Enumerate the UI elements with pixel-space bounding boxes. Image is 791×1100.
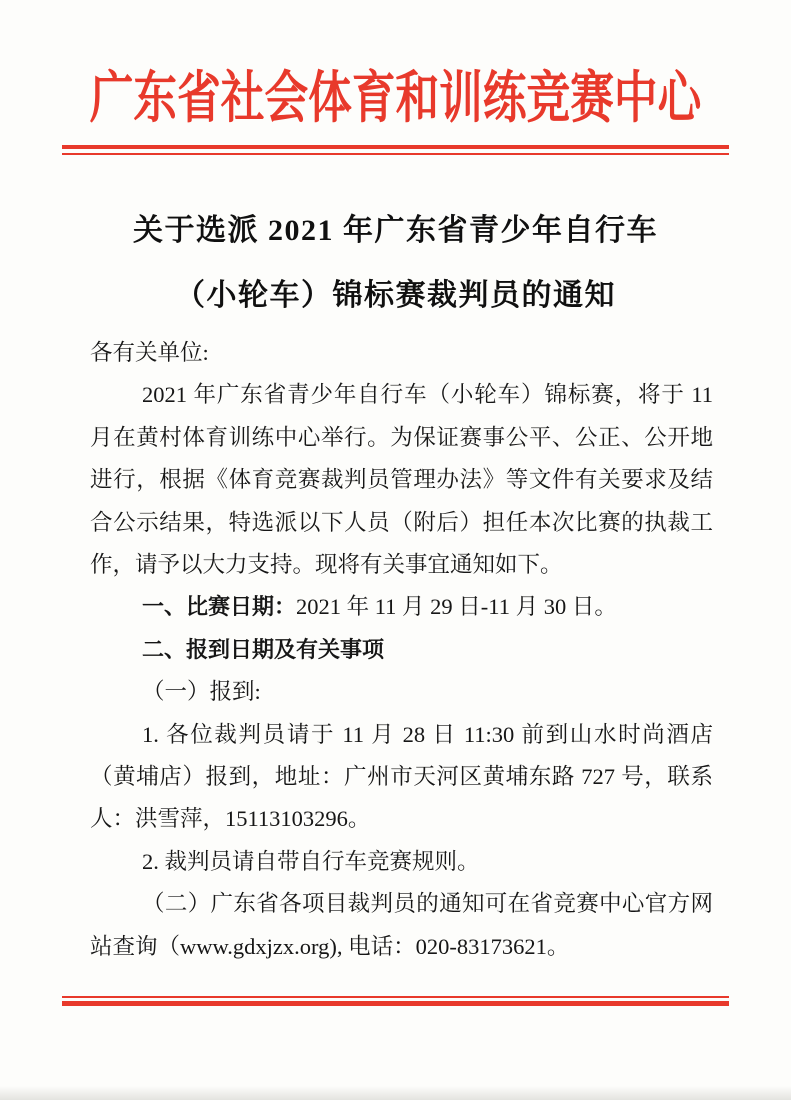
footer-double-rule xyxy=(62,996,729,1006)
body-text: （一）报到: xyxy=(142,679,261,704)
body-text: （黄埔店）报到，地址：广州市天河区黄埔东路 727 号，联系 xyxy=(90,764,713,789)
body-line: 进行，根据《体育竞赛裁判员管理办法》等文件有关要求及结 xyxy=(90,459,713,501)
body-text: 1. 各位裁判员请于 11 月 28 日 11:30 前到山水时尚酒店 xyxy=(142,722,713,747)
body-text: 作，请予以大力支持。现将有关事宜通知如下。 xyxy=(90,552,563,577)
body-line: 二、报到日期及有关事项 xyxy=(90,629,713,671)
body-text-bold: 二、报到日期及有关事项 xyxy=(142,637,384,662)
scan-edge-shadow xyxy=(0,1086,791,1100)
body-text: 人：洪雪萍，15113103296。 xyxy=(90,806,370,831)
header-rule-thick xyxy=(62,145,729,149)
body-line: 各有关单位: xyxy=(90,332,713,374)
body-line: 人：洪雪萍，15113103296。 xyxy=(90,798,713,840)
body-line: 月在黄村体育训练中心举行。为保证赛事公平、公正、公开地 xyxy=(90,417,713,459)
footer-rule-thick xyxy=(62,1001,729,1006)
body-text: 2021 年广东省青少年自行车（小轮车）锦标赛，将于 11 xyxy=(142,382,713,407)
body-line: 站查询（www.gdxjzx.org), 电话：020-83173621。 xyxy=(90,926,713,968)
body-line: 1. 各位裁判员请于 11 月 28 日 11:30 前到山水时尚酒店 xyxy=(90,714,713,756)
org-header-title: 广东省社会体育和训练竞赛中心 xyxy=(87,68,704,130)
document-title: 关于选派 2021 年广东省青少年自行车 （小轮车）锦标赛裁判员的通知 xyxy=(0,198,791,328)
body-line: 一、比赛日期：2021 年 11 月 29 日-11 月 30 日。 xyxy=(90,586,713,628)
body-line: 作，请予以大力支持。现将有关事宜通知如下。 xyxy=(90,544,713,586)
document-title-line-1: 关于选派 2021 年广东省青少年自行车 xyxy=(0,198,791,263)
body-line: （二）广东省各项目裁判员的通知可在省竞赛中心官方网 xyxy=(90,883,713,925)
body-text: （二）广东省各项目裁判员的通知可在省竞赛中心官方网 xyxy=(142,891,713,916)
body-text: 2021 年 11 月 29 日-11 月 30 日。 xyxy=(296,594,617,619)
body-text: 进行，根据《体育竞赛裁判员管理办法》等文件有关要求及结 xyxy=(90,467,713,492)
header-rule-thin xyxy=(62,153,729,155)
body-line: 2. 裁判员请自带自行车竞赛规则。 xyxy=(90,841,713,883)
body-text: 各有关单位: xyxy=(90,340,209,365)
body-text-bold: 一、比赛日期： xyxy=(142,594,296,619)
body-text: 合公示结果，特选派以下人员（附后）担任本次比赛的执裁工 xyxy=(90,510,713,535)
body-line: 合公示结果，特选派以下人员（附后）担任本次比赛的执裁工 xyxy=(90,502,713,544)
document-page: 广东省社会体育和训练竞赛中心 关于选派 2021 年广东省青少年自行车 （小轮车… xyxy=(0,0,791,1100)
document-body: 各有关单位:2021 年广东省青少年自行车（小轮车）锦标赛，将于 11月在黄村体… xyxy=(90,332,713,968)
body-line: （黄埔店）报到，地址：广州市天河区黄埔东路 727 号，联系 xyxy=(90,756,713,798)
document-title-line-2: （小轮车）锦标赛裁判员的通知 xyxy=(0,263,791,328)
body-text: 月在黄村体育训练中心举行。为保证赛事公平、公正、公开地 xyxy=(90,425,713,450)
body-line: 2021 年广东省青少年自行车（小轮车）锦标赛，将于 11 xyxy=(90,374,713,416)
body-text: 站查询（www.gdxjzx.org), 电话：020-83173621。 xyxy=(90,934,569,959)
body-line: （一）报到: xyxy=(90,671,713,713)
header-double-rule xyxy=(62,145,729,155)
footer-rule-thin xyxy=(62,996,729,998)
body-text: 2. 裁判员请自带自行车竞赛规则。 xyxy=(142,849,480,874)
